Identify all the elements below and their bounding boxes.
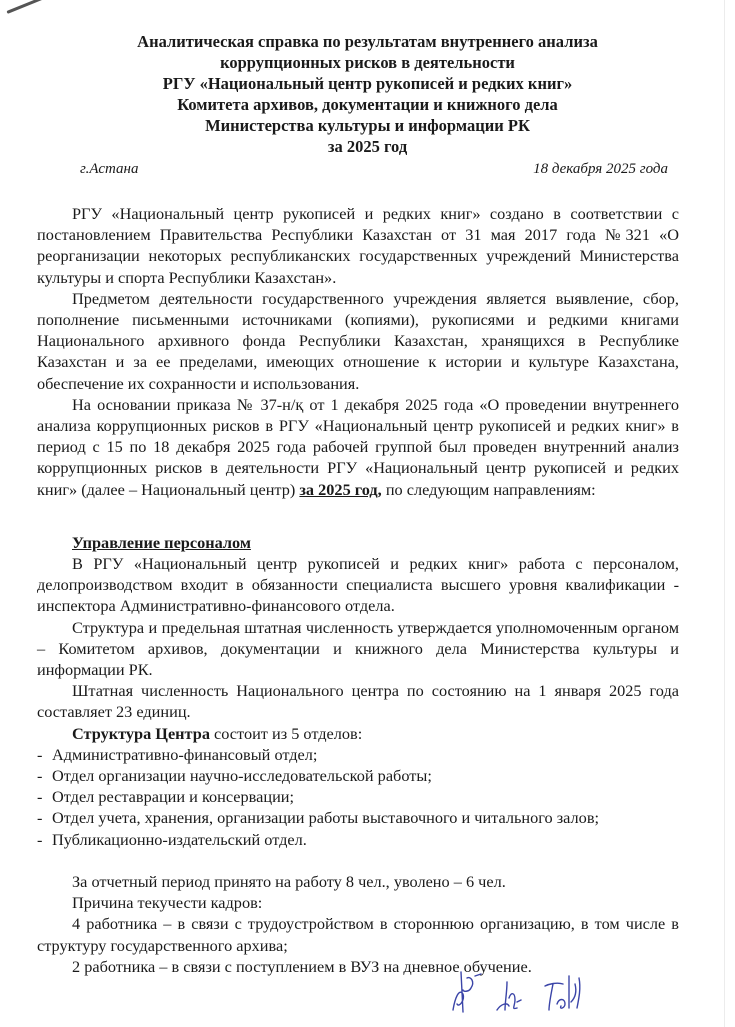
signature-icon xyxy=(445,958,665,1018)
dash-bullet: - xyxy=(37,765,52,786)
signatures xyxy=(445,958,665,1018)
title-line: Комитета архивов, документации и книжног… xyxy=(0,94,735,115)
place: г.Астана xyxy=(80,161,138,178)
department-name: Публикационно-издательский отдел. xyxy=(52,830,307,849)
department-item: -Административно-финансовый отдел; xyxy=(37,744,679,765)
section-heading-personnel: Управление персоналом xyxy=(37,532,679,553)
dash-bullet: - xyxy=(37,829,52,850)
paragraph-personnel-duties: В РГУ «Национальный центр рукописей и ре… xyxy=(37,553,679,617)
department-name: Отдел реставрации и консервации; xyxy=(52,787,294,806)
department-item: -Отдел организации научно-исследовательс… xyxy=(37,765,679,786)
paragraph-subject: Предметом деятельности государственного … xyxy=(37,288,679,394)
title-line: за 2025 год xyxy=(0,136,735,157)
department-name: Административно-финансовый отдел; xyxy=(52,745,317,764)
paragraph-founding: РГУ «Национальный центр рукописей и редк… xyxy=(37,203,679,288)
structure-text: состоит из 5 отделов: xyxy=(210,724,362,743)
scan-mark xyxy=(6,0,44,14)
spacer xyxy=(37,521,679,532)
basis-text-end: по следующим направлениям: xyxy=(382,480,596,499)
title-line: коррупционных рисков в деятельности xyxy=(0,52,735,73)
basis-emphasis: за 2025 год, xyxy=(299,480,381,499)
paragraph-hired-fired: За отчетный период принято на работу 8 ч… xyxy=(37,871,679,892)
department-name: Отдел учета, хранения, организации работ… xyxy=(52,808,599,827)
paragraph-structure-approval: Структура и предельная штатная численнос… xyxy=(37,617,679,681)
paragraph-basis: На основании приказа № 37-н/қ от 1 декаб… xyxy=(37,394,679,500)
dash-bullet: - xyxy=(37,744,52,765)
spacer xyxy=(37,500,679,521)
dash-bullet: - xyxy=(37,786,52,807)
dash-bullet: - xyxy=(37,807,52,828)
paragraph-turnover-reason-1: 4 работника – в связи с трудоустройством… xyxy=(37,913,679,955)
spacer xyxy=(37,850,679,871)
title-line: Министерства культуры и информации РК xyxy=(0,115,735,136)
departments-list: -Административно-финансовый отдел; -Отде… xyxy=(37,744,679,850)
document-body: РГУ «Национальный центр рукописей и редк… xyxy=(37,203,679,977)
structure-label: Структура Центра xyxy=(72,724,210,743)
paragraph-staff-count: Штатная численность Национального центра… xyxy=(37,680,679,722)
document-title: Аналитическая справка по результатам вну… xyxy=(0,31,735,157)
paragraph-turnover-label: Причина текучести кадров: xyxy=(37,892,679,913)
department-item: -Отдел реставрации и консервации; xyxy=(37,786,679,807)
title-line: РГУ «Национальный центр рукописей и редк… xyxy=(0,73,735,94)
department-item: -Публикационно-издательский отдел. xyxy=(37,829,679,850)
title-line: Аналитическая справка по результатам вну… xyxy=(0,31,735,52)
place-date-row: г.Астана 18 декабря 2025 года xyxy=(80,161,668,178)
date: 18 декабря 2025 года xyxy=(533,161,668,178)
department-name: Отдел организации научно-исследовательск… xyxy=(52,766,432,785)
department-item: -Отдел учета, хранения, организации рабо… xyxy=(37,807,679,828)
paragraph-structure: Структура Центра состоит из 5 отделов: xyxy=(37,723,679,744)
